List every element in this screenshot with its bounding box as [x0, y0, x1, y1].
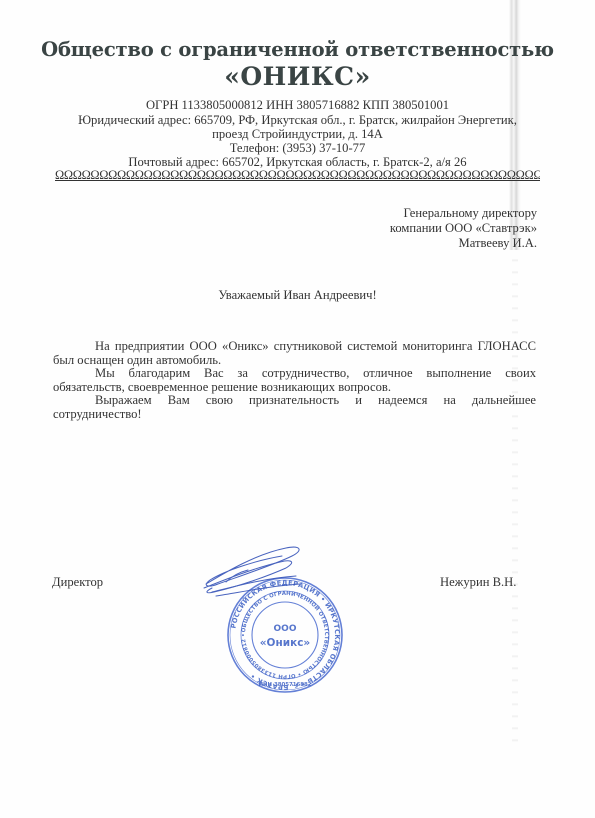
addressee-position: Генеральному директору	[390, 206, 537, 221]
letterhead-separator: ΩΩΩΩΩΩΩΩΩΩΩΩΩΩΩΩΩΩΩΩΩΩΩΩΩΩΩΩΩΩΩΩΩΩΩΩΩΩΩΩ…	[55, 168, 540, 183]
stamp-center-line2: «Оникс»	[260, 637, 310, 649]
company-name-heading: «ОНИКС»	[0, 62, 595, 91]
addressee-name: Матвееву И.А.	[390, 236, 537, 251]
addressee-company: компании ООО «Ставтрэк»	[390, 221, 537, 236]
body-paragraph: Мы благодарим Вас за сотрудничество, отл…	[53, 367, 536, 394]
stamp-bottom-text: ИНН 3805716882	[259, 682, 312, 688]
company-type-heading: Общество с ограниченной ответственностью	[0, 38, 595, 61]
handwritten-signature-icon	[196, 542, 306, 602]
svg-text:ОБЩЕСТВО С ОГРАНИЧЕННОЙ ОТВЕТС: ОБЩЕСТВО С ОГРАНИЧЕННОЙ ОТВЕТСТВЕННОСТЬЮ…	[241, 591, 329, 679]
stamp-inner-ring-text: ОБЩЕСТВО С ОГРАНИЧЕННОЙ ОТВЕТСТВЕННОСТЬЮ…	[241, 591, 329, 679]
legal-address-line1: Юридический адрес: 665709, РФ, Иркутская…	[0, 113, 595, 127]
letter-page: Общество с ограниченной ответственностью…	[0, 0, 595, 818]
body-paragraph: На предприятии ООО «Оникс» спутниковой с…	[53, 340, 536, 367]
postal-address: Почтовый адрес: 665702, Иркутская област…	[0, 155, 595, 169]
letter-body: На предприятии ООО «Оникс» спутниковой с…	[53, 340, 536, 422]
legal-address-line2: проезд Стройиндустрии, д. 14А	[0, 127, 595, 141]
phone-number: Телефон: (3953) 37-10-77	[0, 141, 595, 155]
stamp-center-line1: ООО	[274, 624, 297, 634]
salutation: Уважаемый Иван Андреевич!	[0, 288, 595, 303]
addressee-block: Генеральному директору компании ООО «Ста…	[390, 206, 537, 251]
signatory-role: Директор	[52, 575, 103, 590]
scan-artifact-specks	[512, 250, 518, 750]
body-paragraph: Выражаем Вам свою признательность и наде…	[53, 394, 536, 421]
signatory-name: Нежурин В.Н.	[440, 575, 516, 590]
registration-numbers: ОГРН 1133805000812 ИНН 3805716882 КПП 38…	[0, 98, 595, 112]
